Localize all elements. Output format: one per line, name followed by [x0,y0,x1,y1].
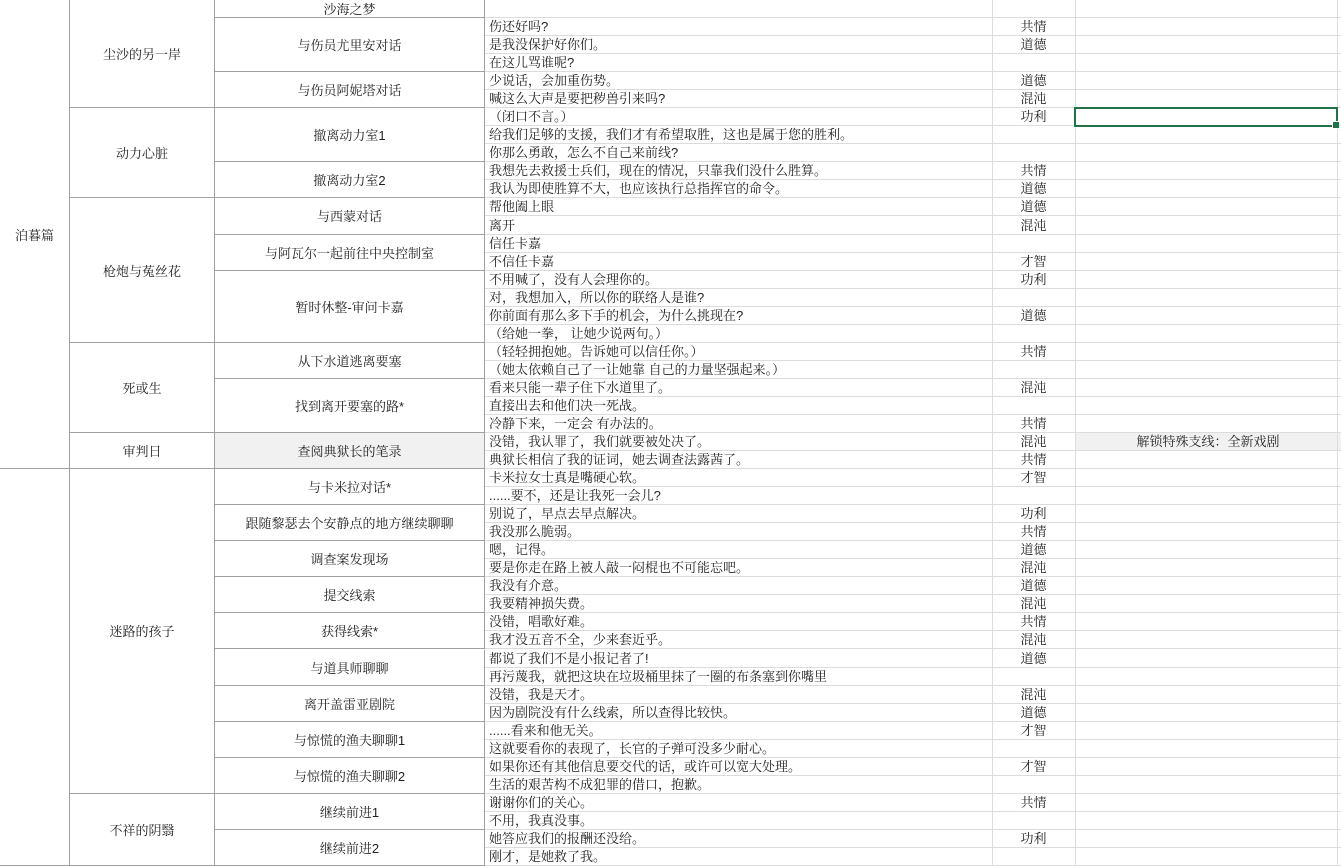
dialogue-cell[interactable]: 你前面有那么多下手的机会，为什么挑现在? [485,307,992,325]
note-cell[interactable] [1075,162,1341,180]
scene-cell[interactable]: 与惊慌的渔夫聊聊2 [215,758,485,794]
alignment-cell[interactable]: 功利 [992,830,1075,848]
alignment-cell[interactable]: 才智 [992,253,1075,271]
alignment-cell[interactable]: 混沌 [992,559,1075,577]
alignment-cell[interactable]: 共情 [992,613,1075,631]
alignment-cell[interactable] [992,54,1075,72]
dialogue-cell[interactable]: 冷静下来，一定会 有办法的。 [485,415,992,433]
note-cell[interactable] [1075,758,1341,776]
scene-cell[interactable]: 获得线索* [215,613,485,649]
note-cell[interactable] [1075,379,1341,397]
scene-cell[interactable]: 离开盖雷亚剧院 [215,686,485,722]
alignment-cell[interactable] [992,235,1075,253]
alignment-cell[interactable]: 道德 [992,650,1075,668]
note-cell[interactable] [1075,271,1341,289]
alignment-cell[interactable] [992,289,1075,307]
dialogue-cell[interactable]: 不用，我真没事。 [485,812,992,830]
note-cell[interactable] [1075,126,1341,144]
grid-line [992,0,993,866]
note-cell[interactable] [1075,343,1341,361]
dialogue-cell[interactable]: 我才没五音不全，少来套近乎。 [485,631,992,649]
note-cell[interactable] [1075,36,1341,54]
dialogue-cell[interactable]: 卡米拉女士真是嘴硬心软。 [485,469,992,487]
dialogue-cell[interactable]: 伤还好吗? [485,18,992,36]
alignment-cell[interactable]: 混沌 [992,379,1075,397]
alignment-cell[interactable]: 道德 [992,198,1075,216]
alignment-cell[interactable] [992,487,1075,505]
dialogue-cell[interactable]: 没错，唱歌好难。 [485,613,992,631]
alignment-cell[interactable]: 混沌 [992,595,1075,613]
alignment-cell[interactable]: 功利 [992,271,1075,289]
chapter-cell[interactable] [0,469,70,866]
note-cell[interactable] [1075,180,1341,198]
dialogue-cell[interactable]: 是我没保护好你们。 [485,36,992,54]
scene-cell[interactable]: 提交线索 [215,577,485,613]
alignment-cell[interactable] [992,0,1075,18]
fill-handle[interactable] [1332,121,1340,129]
note-cell[interactable] [1075,0,1341,18]
dialogue-cell[interactable]: 她答应我们的报酬还没给。 [485,830,992,848]
dialogue-cell[interactable] [485,0,992,18]
alignment-cell[interactable]: 共情 [992,18,1075,36]
dialogue-cell[interactable]: 喊这么大声是要把秽兽引来吗? [485,90,992,108]
dialogue-cell[interactable]: 因为剧院没有什么线索，所以查得比较快。 [485,704,992,722]
scene-cell[interactable]: 与阿瓦尔一起前往中央控制室 [215,235,485,271]
note-cell[interactable] [1075,198,1341,216]
dialogue-cell[interactable]: 我想先去救援士兵们，现在的情况，只靠我们没什么胜算。 [485,162,992,180]
note-cell[interactable] [1075,830,1341,848]
note-cell[interactable] [1075,505,1341,523]
dialogue-cell[interactable]: 我没有介意。 [485,577,992,595]
note-cell[interactable] [1075,559,1341,577]
scene-cell[interactable]: 暂时休整-审问卡嘉 [215,271,485,343]
grid-line [1075,0,1076,866]
alignment-cell[interactable] [992,126,1075,144]
alignment-cell[interactable]: 道德 [992,577,1075,595]
dialogue-cell[interactable]: 典狱长相信了我的证词，她去调查法露茜了。 [485,451,992,469]
note-cell[interactable] [1075,144,1341,162]
dialogue-cell[interactable]: 再污蔑我，就把这块在垃圾桶里抹了一圈的布条塞到你嘴里 [485,668,992,686]
alignment-cell[interactable] [992,144,1075,162]
dialogue-cell[interactable]: 我要精神损失费。 [485,595,992,613]
scene-cell[interactable]: 撤离动力室1 [215,108,485,162]
note-cell[interactable] [1075,704,1341,722]
note-cell[interactable] [1075,361,1341,379]
alignment-cell[interactable]: 才智 [992,758,1075,776]
dialogue-cell[interactable]: 直接出去和他们决一死战。 [485,397,992,415]
alignment-cell[interactable]: 共情 [992,794,1075,812]
dialogue-cell[interactable]: ......要不，还是让我死一会儿? [485,487,992,505]
note-cell[interactable] [1075,650,1341,668]
note-cell[interactable] [1075,235,1341,253]
section-cell[interactable]: 动力心脏 [70,108,215,198]
scene-cell[interactable]: 与伤员尤里安对话 [215,18,485,72]
alignment-cell[interactable] [992,361,1075,379]
note-cell[interactable] [1075,794,1341,812]
alignment-cell[interactable]: 才智 [992,722,1075,740]
dialogue-cell[interactable]: 没错，我认罪了，我们就要被处决了。 [485,433,992,451]
alignment-cell[interactable] [992,776,1075,794]
dialogue-cell[interactable]: 要是你走在路上被人敲一闷棍也不可能忘吧。 [485,559,992,577]
alignment-cell[interactable]: 混沌 [992,433,1075,451]
note-cell[interactable] [1075,217,1341,235]
alignment-cell[interactable]: 道德 [992,541,1075,559]
scene-cell[interactable]: 撤离动力室2 [215,162,485,198]
note-cell[interactable] [1075,812,1341,830]
note-cell[interactable] [1075,595,1341,613]
dialogue-cell[interactable]: 给我们足够的支援，我们才有希望取胜，这也是属于您的胜利。 [485,126,992,144]
alignment-cell[interactable]: 才智 [992,469,1075,487]
scene-cell[interactable]: 调查案发现场 [215,541,485,577]
alignment-cell[interactable]: 道德 [992,36,1075,54]
alignment-cell[interactable]: 道德 [992,180,1075,198]
dialogue-cell[interactable]: 没错，我是天才。 [485,686,992,704]
note-cell[interactable] [1075,722,1341,740]
dialogue-cell[interactable]: 你那么勇敢，怎么不自己来前线? [485,144,992,162]
section-cell[interactable]: 迷路的孩子 [70,469,215,794]
note-cell[interactable] [1075,72,1341,90]
alignment-cell[interactable]: 混沌 [992,631,1075,649]
note-cell[interactable] [1075,740,1341,758]
scene-cell[interactable]: 与惊慌的渔夫聊聊1 [215,722,485,758]
alignment-cell[interactable]: 道德 [992,307,1075,325]
alignment-cell[interactable] [992,397,1075,415]
dialogue-cell[interactable]: （闭口不言。） [485,108,992,126]
alignment-cell[interactable] [992,812,1075,830]
dialogue-cell[interactable]: 这就要看你的表现了，长官的子弹可没多少耐心。 [485,740,992,758]
scene-cell[interactable]: 与伤员阿妮塔对话 [215,72,485,108]
note-cell[interactable] [1075,90,1341,108]
dialogue-cell[interactable]: 我没那么脆弱。 [485,523,992,541]
note-cell[interactable] [1075,469,1341,487]
note-cell[interactable] [1075,776,1341,794]
note-cell[interactable] [1075,54,1341,72]
section-cell[interactable]: 尘沙的另一岸 [70,0,215,108]
alignment-cell[interactable]: 共情 [992,162,1075,180]
section-cell[interactable]: 不祥的阴翳 [70,794,215,866]
chapter-cell[interactable]: 泊暮篇 [0,0,70,469]
dialogue-cell[interactable]: （她太依赖自己了一让她靠 自己的力量坚强起来。） [485,361,992,379]
dialogue-cell[interactable]: 我认为即使胜算不大，也应该执行总指挥官的命令。 [485,180,992,198]
note-cell[interactable] [1075,613,1341,631]
alignment-cell[interactable]: 混沌 [992,686,1075,704]
scene-cell[interactable]: 继续前进2 [215,830,485,866]
spreadsheet: 伤还好吗?共情是我没保护好你们。道德在这儿骂谁呢?少说话，会加重伤势。道德喊这么… [0,0,1341,866]
note-cell[interactable] [1075,451,1341,469]
dialogue-cell[interactable]: 不信任卡嘉 [485,253,992,271]
scene-cell[interactable]: 继续前进1 [215,794,485,830]
note-cell[interactable] [1075,631,1341,649]
alignment-cell[interactable]: 共情 [992,415,1075,433]
note-cell[interactable] [1075,307,1341,325]
dialogue-cell[interactable]: 帮他阖上眼 [485,198,992,216]
dialogue-cell[interactable]: 都说了我们不是小报记者了! [485,650,992,668]
scene-cell[interactable]: 与西蒙对话 [215,198,485,234]
note-cell[interactable] [1075,577,1341,595]
alignment-cell[interactable] [992,740,1075,758]
scene-cell[interactable]: 跟随黎瑟去个安静点的地方继续聊聊 [215,505,485,541]
note-cell[interactable] [1075,253,1341,271]
section-cell[interactable]: 审判日 [70,433,215,469]
dialogue-cell[interactable]: 谢谢你们的关心。 [485,794,992,812]
note-cell[interactable] [1075,487,1341,505]
dialogue-cell[interactable]: ......看来和他无关。 [485,722,992,740]
dialogue-cell[interactable]: 刚才，是她救了我。 [485,848,992,866]
note-cell[interactable] [1075,541,1341,559]
dialogue-cell[interactable]: （轻轻拥抱她。告诉她可以信任你。） [485,343,992,361]
alignment-cell[interactable] [992,668,1075,686]
scene-cell[interactable]: 沙海之梦 [215,0,485,18]
scene-cell[interactable]: 查阅典狱长的笔录 [215,433,485,469]
alignment-cell[interactable]: 功利 [992,505,1075,523]
alignment-cell[interactable] [992,325,1075,343]
dialogue-cell[interactable]: 离开 [485,217,992,235]
alignment-cell[interactable]: 共情 [992,523,1075,541]
scene-cell[interactable]: 从下水道逃离要塞 [215,343,485,379]
grid-line [1337,0,1338,866]
scene-cell[interactable]: 与道具师聊聊 [215,650,485,686]
section-cell[interactable]: 枪炮与菟丝花 [70,198,215,342]
note-cell[interactable] [1075,523,1341,541]
alignment-cell[interactable]: 混沌 [992,217,1075,235]
dialogue-cell[interactable]: 嗯，记得。 [485,541,992,559]
note-cell[interactable]: 解锁特殊支线：全新戏剧 [1075,433,1341,451]
alignment-cell[interactable]: 共情 [992,343,1075,361]
dialogue-cell[interactable]: 生活的艰苦构不成犯罪的借口，抱歉。 [485,776,992,794]
note-cell[interactable] [1075,18,1341,36]
alignment-cell[interactable]: 功利 [992,108,1075,126]
note-cell[interactable] [1075,848,1341,866]
dialogue-cell[interactable]: （给她一拳， 让她少说两句。） [485,325,992,343]
dialogue-cell[interactable]: 不用喊了，没有人会理你的。 [485,271,992,289]
note-cell[interactable] [1075,686,1341,704]
dialogue-cell[interactable]: 少说话，会加重伤势。 [485,72,992,90]
section-cell[interactable]: 死或生 [70,343,215,433]
alignment-cell[interactable]: 道德 [992,704,1075,722]
scene-cell[interactable]: 与卡米拉对话* [215,469,485,505]
note-cell[interactable] [1075,289,1341,307]
selected-cell-outline [1074,107,1338,127]
dialogue-cell[interactable]: 对，我想加入，所以你的联络人是谁? [485,289,992,307]
dialogue-cell[interactable]: 如果你还有其他信息要交代的话，或许可以宽大处理。 [485,758,992,776]
dialogue-cell[interactable]: 看来只能一辈子住下水道里了。 [485,379,992,397]
alignment-cell[interactable] [992,848,1075,866]
dialogue-cell[interactable]: 在这儿骂谁呢? [485,54,992,72]
note-cell[interactable] [1075,415,1341,433]
dialogue-cell[interactable]: 别说了，早点去早点解决。 [485,505,992,523]
dialogue-cell[interactable]: 信任卡嘉 [485,235,992,253]
scene-cell[interactable]: 找到离开要塞的路* [215,379,485,433]
note-cell[interactable] [1075,397,1341,415]
alignment-cell[interactable]: 共情 [992,451,1075,469]
alignment-cell[interactable]: 道德 [992,72,1075,90]
note-cell[interactable] [1075,325,1341,343]
alignment-cell[interactable]: 混沌 [992,90,1075,108]
note-cell[interactable] [1075,668,1341,686]
